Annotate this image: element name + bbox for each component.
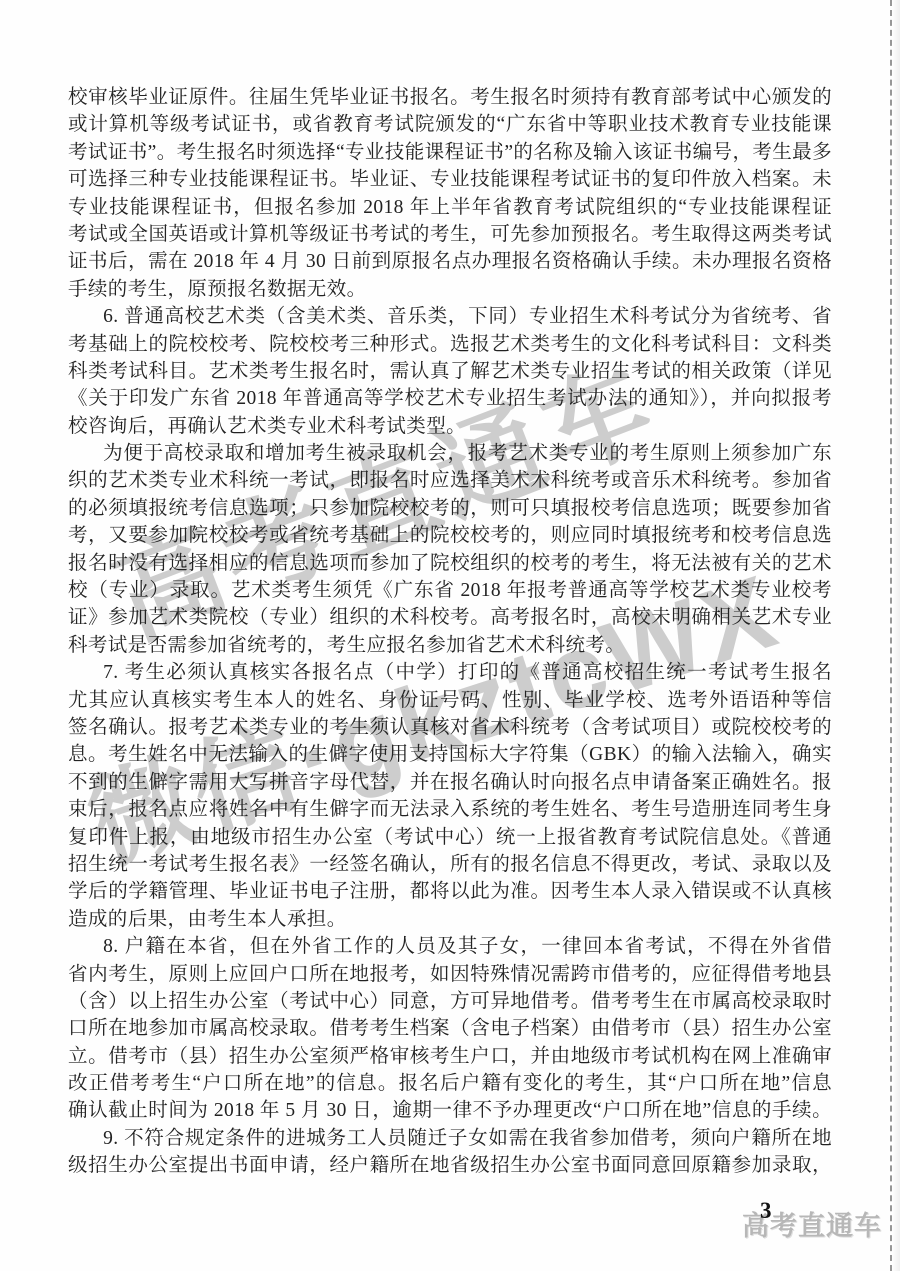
text-line: 或计算机等级考试证书，或省教育考试院颁发的“广东省中等职业技术教育专业技能课程 xyxy=(68,111,832,138)
text-line: 不到的生僻字需用大写拼音字母代替，并在报名确认时向报名点申请备案正确姓名。报名结 xyxy=(68,769,832,796)
text-line: 改正借考考生“户口所在地”的信息。报名后户籍有变化的考生，其“户口所在地”信息 xyxy=(68,1070,832,1097)
text-line: 考试或全国英语或计算机等级证书考试的考生，可先参加预报名。考生取得这两类考试合格 xyxy=(68,221,832,248)
text-line: 考基础上的院校校考、院校校考三种形式。选报艺术类考生的文化科考试科目：文科类或理 xyxy=(68,331,832,358)
text-line: 报名时没有选择相应的信息选项而参加了院校组织的校考的考生，将无法被有关的艺术类院 xyxy=(68,550,832,577)
text-line: 证》参加艺术类院校（专业）组织的术科校考。高考报名时，高校未明确相关艺术专业术 xyxy=(68,604,832,631)
text-line: 省内考生，原则上应回户口所在地报考，如因特殊情况需跨市借考的，应征得借考地县级 xyxy=(68,961,832,988)
text-line: 为便于高校录取和增加考生被录取机会，报考艺术类专业的考生原则上须参加广东省组 xyxy=(68,440,832,467)
text-line: 科类考试科目。艺术类考生报名时，需认真了解艺术类专业招生考试的相关政策（详见 xyxy=(68,358,832,385)
text-line: 科考试是否需参加省统考的，考生应报名参加省艺术术科统考。 xyxy=(68,632,832,659)
text-line: 签名确认。报考艺术类专业的考生须认真核对省术科统考（含考试项目）或院校校考的信 xyxy=(68,714,832,741)
page-edge-shade xyxy=(892,0,900,1271)
text-line: 口所在地参加市属高校录取。借考考生档案（含电子档案）由借考市（县）招生办公室建 xyxy=(68,1015,832,1042)
document-page: 高考直通车 微信·gkztcWX 校审核毕业证原件。往届生凭毕业证书报名。考生报… xyxy=(0,0,900,1271)
text-line: 9. 不符合规定条件的进城务工人员随迁子女如需在我省参加借考，须向户籍所在地省 xyxy=(68,1125,832,1152)
text-line: 校审核毕业证原件。往届生凭毕业证书报名。考生报名时须持有教育部考试中心颁发的英语 xyxy=(68,84,832,111)
text-line: 考试证书”。考生报名时须选择“专业技能课程证书”的名称及输入该证书编号，考生最多 xyxy=(68,139,832,166)
text-line: 织的艺术类专业术科统一考试，即报名时应选择美术术科统考或音乐术科统考。参加省统考 xyxy=(68,467,832,494)
text-line: 校（专业）录取。艺术类考生须凭《广东省 2018 年报考普通高等学校艺术类专业校… xyxy=(68,577,832,604)
text-line: 手续的考生，原预报名数据无效。 xyxy=(68,276,832,303)
text-line: 8. 户籍在本省，但在外省工作的人员及其子女，一律回本省考试，不得在外省借考。 xyxy=(68,933,832,960)
document-body: 校审核毕业证原件。往届生凭毕业证书报名。考生报名时须持有教育部考试中心颁发的英语… xyxy=(68,84,832,1180)
text-line: 《关于印发广东省 2018 年普通高等学校艺术专业招生考试办法的通知》），并向拟… xyxy=(68,385,832,412)
text-line: 息。考生姓名中无法输入的生僻字使用支持国标大字符集（GBK）的输入法输入，确实找 xyxy=(68,741,832,768)
page-number: 3 xyxy=(760,1198,772,1224)
text-line: 的必须填报统考信息选项；只参加院校校考的，则可只填报校考信息选项；既要参加省统 xyxy=(68,495,832,522)
text-line: 造成的后果，由考生本人承担。 xyxy=(68,906,832,933)
text-line: 可选择三种专业技能课程证书。毕业证、专业技能课程考试证书的复印件放入档案。未取得 xyxy=(68,166,832,193)
text-line: 学后的学籍管理、毕业证书电子注册，都将以此为准。因考生本人录入错误或不认真核对而 xyxy=(68,878,832,905)
text-line: 专业技能课程证书，但报名参加 2018 年上半年省教育考试院组织的“专业技能课程… xyxy=(68,194,832,221)
text-line: 立。借考市（县）招生办公室须严格审核考生户口，并由地级市考试机构在网上准确审核 xyxy=(68,1043,832,1070)
text-line: 确认截止时间为 2018 年 5 月 30 日，逾期一律不予办理更改“户口所在地… xyxy=(68,1097,832,1124)
text-line: 复印件上报，由地级市招生办公室（考试中心）统一上报省教育考试院信息处。《普通高校 xyxy=(68,824,832,851)
text-line: 招生统一考试考生报名表》一经签名确认，所有的报名信息不得更改，考试、录取以及入 xyxy=(68,851,832,878)
text-line: 7. 考生必须认真核实各报名点（中学）打印的《普通高校招生统一考试考生报名表》， xyxy=(68,659,832,686)
text-line: 6. 普通高校艺术类（含美术类、音乐类，下同）专业招生术科考试分为省统考、省统 xyxy=(68,303,832,330)
text-line: 束后，报名点应将姓名中有生僻字而无法录入系统的考生姓名、考生号造册连同考生身份证 xyxy=(68,796,832,823)
text-line: 尤其应认真核实考生本人的姓名、身份证号码、性别、毕业学校、选考外语语种等信息，并 xyxy=(68,687,832,714)
text-line: 证书后，需在 2018 年 4 月 30 日前到原报名点办理报名资格确认手续。未… xyxy=(68,248,832,275)
text-line: 校咨询后，再确认艺术类专业术科考试类型。 xyxy=(68,413,832,440)
text-line: 级招生办公室提出书面申请，经户籍所在地省级招生办公室书面同意回原籍参加录取，方可 xyxy=(68,1152,832,1179)
text-line: 考，又要参加院校校考或省统考基础上的院校校考的，则应同时填报统考和校考信息选项。 xyxy=(68,522,832,549)
scan-fold-line xyxy=(890,0,892,1271)
text-line: （含）以上招生办公室（考试中心）同意，方可异地借考。借考考生在市属高校录取时按户 xyxy=(68,988,832,1015)
